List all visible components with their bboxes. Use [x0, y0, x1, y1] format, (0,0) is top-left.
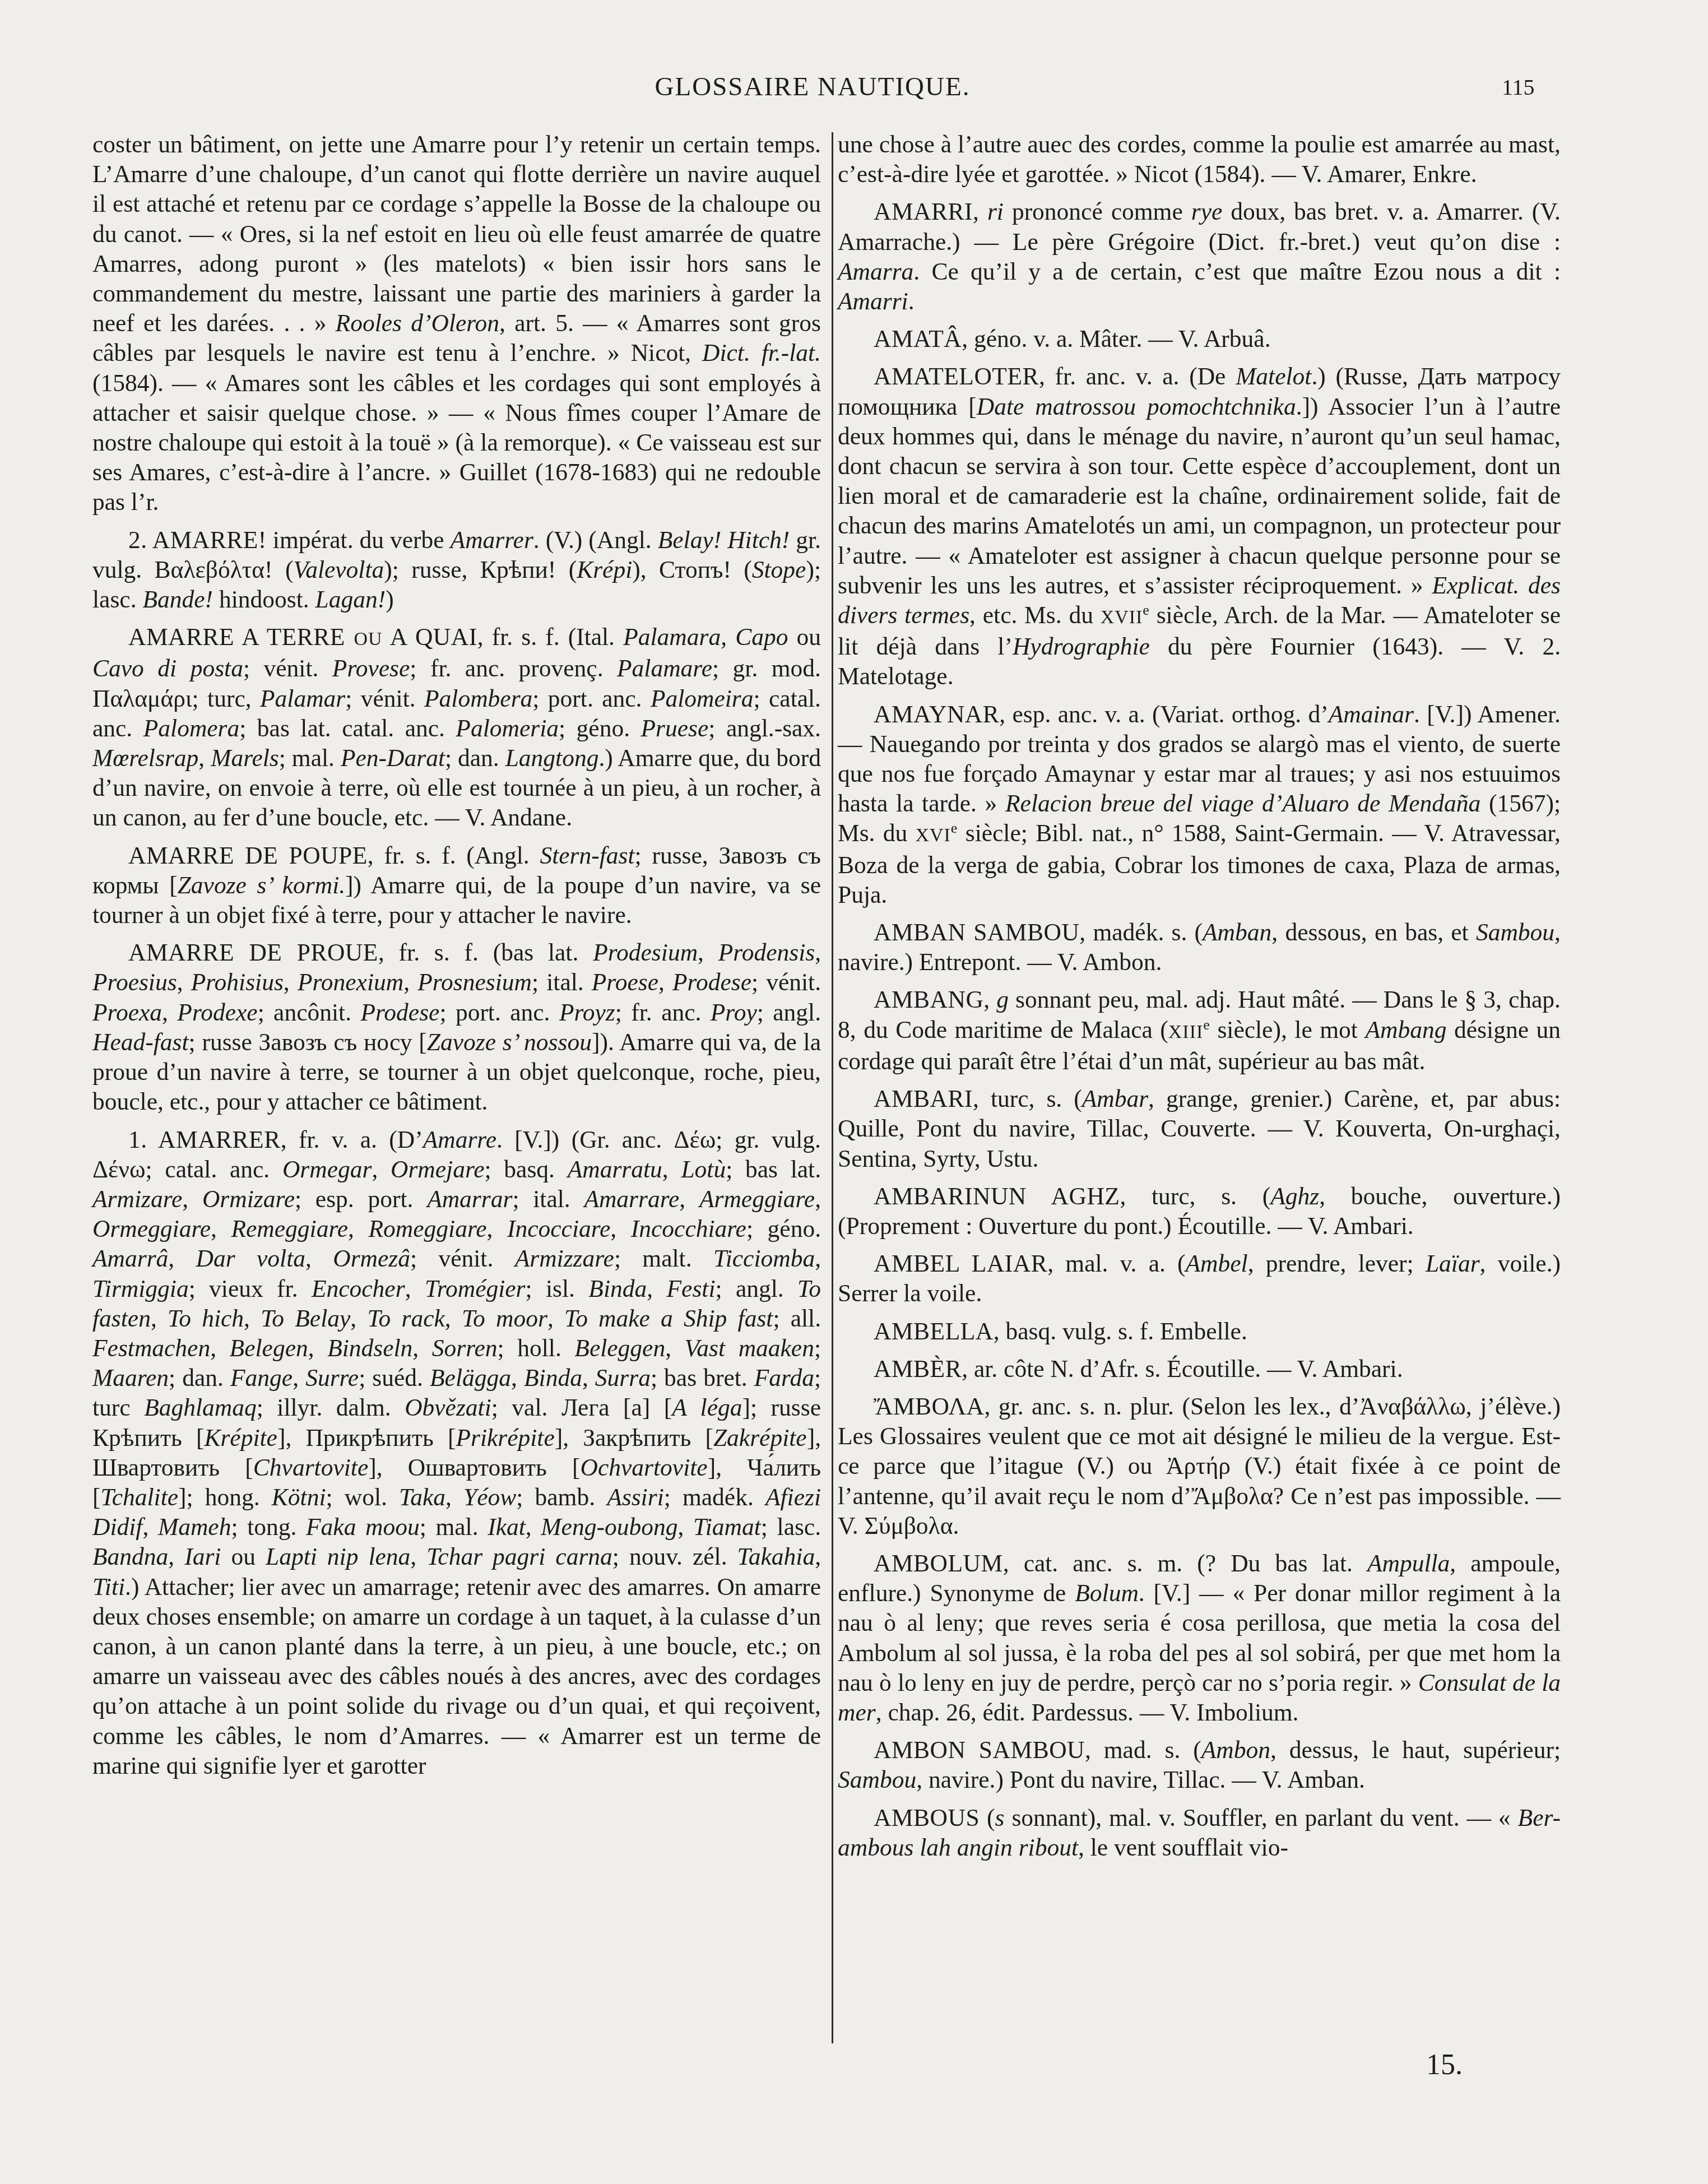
entry-continuation: coster un bâtiment, on jette une Amarre … [92, 130, 821, 518]
glossary-entry: AMBÈR, ar. côte N. d’Afr. s. Écoutille. … [838, 1355, 1561, 1384]
left-column: coster un bâtiment, on jette une Amarre … [92, 130, 821, 1781]
running-head: GLOSSAIRE NAUTIQUE. 115 [0, 72, 1708, 105]
entry-headword: AMARRE DE PROUE [128, 939, 378, 966]
glossary-entry: ἌΜΒΟΛΑ, gr. anc. s. n. plur. (Selon les … [838, 1392, 1561, 1541]
glossary-entry: AMAYNAR, esp. anc. v. a. (Variat. orthog… [838, 700, 1561, 910]
glossary-entry: AMBANG, g sonnant peu, mal. adj. Haut mâ… [838, 985, 1561, 1077]
glossary-entry: AMARRE A TERRE OU A QUAI, fr. s. f. (Ita… [92, 623, 821, 833]
book-page: GLOSSAIRE NAUTIQUE. 115 coster un bâtime… [0, 0, 1708, 2184]
glossary-entry: AMARRI, ri prononcé comme rye doux, bas … [838, 197, 1561, 317]
glossary-entry: AMBELLA, basq. vulg. s. f. Embelle. [838, 1317, 1561, 1347]
signature-mark: 15. [1426, 2048, 1463, 2081]
entry-headword: 1. AMARRER [128, 1126, 281, 1153]
entry-headword: AMBARINUN AGHZ [874, 1183, 1120, 1210]
glossary-entry: AMARRE DE POUPE, fr. s. f. (Angl. Stern-… [92, 841, 821, 931]
glossary-entry: AMBOUS (s sonnant), mal. v. Souffler, en… [838, 1803, 1561, 1863]
entry-headword: AMARRE A TERRE OU A QUAI [128, 624, 477, 651]
glossary-entry: AMBON SAMBOU, mad. s. (Ambon, dessus, le… [838, 1736, 1561, 1795]
entry-headword: AMARRI [874, 198, 973, 225]
entry-headword: AMBARI [874, 1086, 973, 1112]
glossary-entry: 2. AMARRE! impérat. du verbe Amarrer. (V… [92, 526, 821, 615]
glossary-entry: AMATELOTER, fr. anc. v. a. (De Matelot.)… [838, 362, 1561, 692]
entry-headword: AMBELLA [874, 1318, 994, 1345]
glossary-entry: 1. AMARRER, fr. v. a. (D’Amarre. [V.]) (… [92, 1125, 821, 1781]
glossary-entry: AMBEL LAIAR, mal. v. a. (Ambel, prendre,… [838, 1249, 1561, 1309]
entry-headword: AMBOLUM [874, 1550, 1003, 1577]
entry-headword: AMARRE DE POUPE [128, 842, 368, 869]
column-divider [832, 132, 833, 2043]
glossary-entry: AMBAN SAMBOU, madék. s. (Amban, dessous,… [838, 918, 1561, 977]
glossary-entry: AMBARI, turc, s. (Ambar, grange, grenier… [838, 1084, 1561, 1174]
entry-headword: AMAYNAR [874, 701, 999, 728]
entry-headword: AMBAN SAMBOU [874, 919, 1079, 946]
entry-headword: 2. AMARRE! [128, 527, 267, 554]
entry-headword: AMBÈR [874, 1356, 962, 1383]
entry-headword: AMBOUS [874, 1805, 980, 1831]
right-column: une chose à l’autre auec des cordes, com… [838, 130, 1561, 1863]
entry-headword: AMBON SAMBOU [874, 1737, 1085, 1764]
entry-headword: AMBANG [874, 986, 983, 1013]
entry-headword: AMATÂ [874, 326, 962, 353]
entry-headword: ἌΜΒΟΛΑ [874, 1393, 984, 1420]
glossary-entry: AMBOLUM, cat. anc. s. m. (? Du bas lat. … [838, 1549, 1561, 1728]
entry-headword: AMBEL LAIAR [874, 1250, 1047, 1277]
entry-headword: AMATELOTER [874, 363, 1039, 390]
entry-continuation: une chose à l’autre auec des cordes, com… [838, 130, 1561, 189]
glossary-entry: AMBARINUN AGHZ, turc, s. (Aghz, bouche, … [838, 1182, 1561, 1241]
page-number: 115 [1502, 74, 1535, 100]
running-title: GLOSSAIRE NAUTIQUE. [644, 72, 981, 102]
glossary-entry: AMARRE DE PROUE, fr. s. f. (bas lat. Pro… [92, 938, 821, 1117]
glossary-entry: AMATÂ, géno. v. a. Mâter. — V. Arbuâ. [838, 324, 1561, 354]
